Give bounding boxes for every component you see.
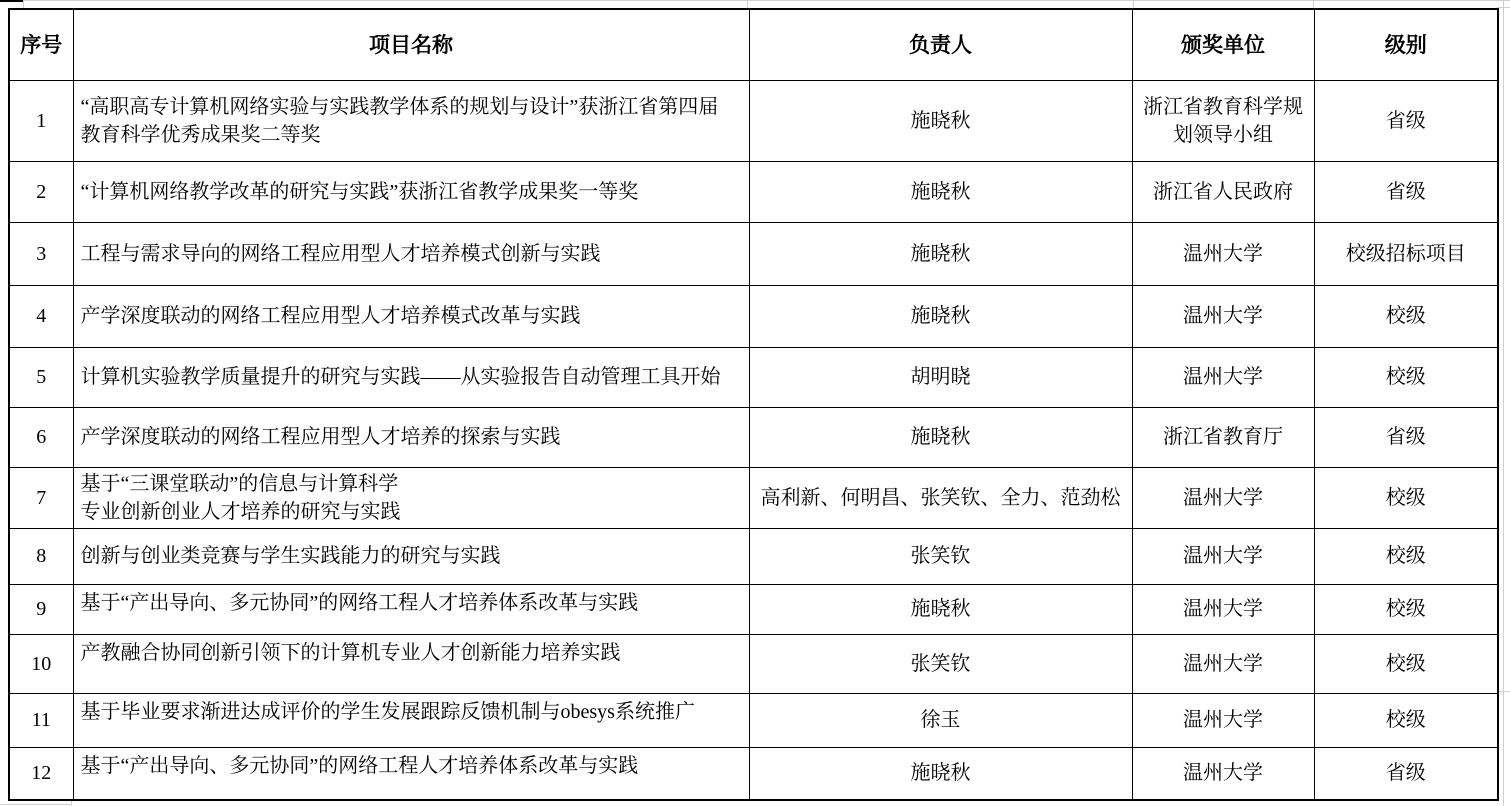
cell-leader: 张笑钦	[749, 528, 1132, 584]
cell-project: 产学深度联动的网络工程应用型人才培养模式改革与实践	[73, 285, 749, 347]
cell-awarder: 温州大学	[1132, 634, 1314, 693]
cell-awarder: 浙江省教育科学规 划领导小组	[1132, 80, 1314, 161]
cell-no: 2	[9, 161, 73, 222]
cell-leader: 施晓秋	[749, 584, 1132, 634]
cell-no: 8	[9, 528, 73, 584]
cell-level: 校级招标项目	[1314, 222, 1498, 285]
table-row: 3 工程与需求导向的网络工程应用型人才培养模式创新与实践 施晓秋 温州大学 校级…	[9, 222, 1498, 285]
col-header-project: 项目名称	[73, 9, 749, 80]
gridline-tick-top-4	[1313, 0, 1314, 8]
table-row: 12 基于“产出导向、多元协同”的网络工程人才培养体系改革与实践 施晓秋 温州大…	[9, 747, 1498, 800]
cell-no: 11	[9, 693, 73, 747]
table-row: 5 计算机实验教学质量提升的研究与实践——从实验报告自动管理工具开始 胡明晓 温…	[9, 347, 1498, 407]
cell-awarder: 温州大学	[1132, 285, 1314, 347]
cell-level: 校级	[1314, 584, 1498, 634]
cell-awarder: 温州大学	[1132, 222, 1314, 285]
cell-project: 基于毕业要求渐进达成评价的学生发展跟踪反馈机制与obesys系统推广	[73, 693, 749, 747]
table-row: 6 产学深度联动的网络工程应用型人才培养的探索与实践 施晓秋 浙江省教育厅 省级	[9, 407, 1498, 467]
cell-leader: 高利新、何明昌、张笑钦、全力、范劲松	[749, 467, 1132, 528]
cell-no: 3	[9, 222, 73, 285]
cell-level: 校级	[1314, 467, 1498, 528]
cell-level: 省级	[1314, 161, 1498, 222]
header-row: 序号 项目名称 负责人 颁奖单位 级别	[9, 9, 1498, 80]
cell-project: 产学深度联动的网络工程应用型人才培养的探索与实践	[73, 407, 749, 467]
cell-project: 计算机实验教学质量提升的研究与实践——从实验报告自动管理工具开始	[73, 347, 749, 407]
cell-project: “高职高专计算机网络实验与实践教学体系的规划与设计”获浙江省第四届 教育科学优秀…	[73, 80, 749, 161]
table-row: 7 基于“三课堂联动”的信息与计算科学 专业创新创业人才培养的研究与实践 高利新…	[9, 467, 1498, 528]
cell-leader: 施晓秋	[749, 161, 1132, 222]
table-row: 9 基于“产出导向、多元协同”的网络工程人才培养体系改革与实践 施晓秋 温州大学…	[9, 584, 1498, 634]
cell-no: 4	[9, 285, 73, 347]
cell-project: 创新与创业类竞赛与学生实践能力的研究与实践	[73, 528, 749, 584]
cell-level: 校级	[1314, 347, 1498, 407]
cell-no: 7	[9, 467, 73, 528]
col-header-leader: 负责人	[749, 9, 1132, 80]
table-row: 8 创新与创业类竞赛与学生实践能力的研究与实践 张笑钦 温州大学 校级	[9, 528, 1498, 584]
gridline-tick-top-1	[23, 0, 24, 8]
gridline-top-horizontal	[23, 0, 1510, 1]
cell-awarder: 温州大学	[1132, 467, 1314, 528]
cell-project: “计算机网络教学改革的研究与实践”获浙江省教学成果奖一等奖	[73, 161, 749, 222]
cell-awarder: 浙江省教育厅	[1132, 407, 1314, 467]
award-projects-table: 序号 项目名称 负责人 颁奖单位 级别 1 “高职高专计算机网络实验与实践教学体…	[8, 8, 1499, 801]
col-header-level: 级别	[1314, 9, 1498, 80]
cell-project: 基于“三课堂联动”的信息与计算科学 专业创新创业人才培养的研究与实践	[73, 467, 749, 528]
cell-leader: 施晓秋	[749, 747, 1132, 800]
cell-awarder: 温州大学	[1132, 693, 1314, 747]
col-header-awarder: 颁奖单位	[1132, 9, 1314, 80]
gridline-stub-top-left	[0, 0, 23, 2]
cell-awarder: 温州大学	[1132, 347, 1314, 407]
gridline-stub-bottom-left	[0, 804, 72, 805]
cell-level: 校级	[1314, 528, 1498, 584]
table-row: 1 “高职高专计算机网络实验与实践教学体系的规划与设计”获浙江省第四届 教育科学…	[9, 80, 1498, 161]
cell-leader: 施晓秋	[749, 222, 1132, 285]
cell-leader: 施晓秋	[749, 407, 1132, 467]
cell-level: 省级	[1314, 747, 1498, 800]
table-row: 2 “计算机网络教学改革的研究与实践”获浙江省教学成果奖一等奖 施晓秋 浙江省人…	[9, 161, 1498, 222]
gridline-tick-top-2	[747, 0, 748, 8]
cell-no: 9	[9, 584, 73, 634]
gridline-right-vertical	[1503, 0, 1504, 806]
table-row: 11 基于毕业要求渐进达成评价的学生发展跟踪反馈机制与obesys系统推广 徐玉…	[9, 693, 1498, 747]
cell-level: 省级	[1314, 80, 1498, 161]
cell-project: 基于“产出导向、多元协同”的网络工程人才培养体系改革与实践	[73, 584, 749, 634]
cell-leader: 施晓秋	[749, 80, 1132, 161]
cell-no: 10	[9, 634, 73, 693]
cell-no: 6	[9, 407, 73, 467]
cell-level: 省级	[1314, 407, 1498, 467]
cell-awarder: 温州大学	[1132, 584, 1314, 634]
gridline-tick-top-3	[1133, 0, 1134, 8]
cell-leader: 施晓秋	[749, 285, 1132, 347]
cell-awarder: 温州大学	[1132, 747, 1314, 800]
cell-awarder: 浙江省人民政府	[1132, 161, 1314, 222]
cell-level: 校级	[1314, 693, 1498, 747]
cell-no: 12	[9, 747, 73, 800]
cell-no: 1	[9, 80, 73, 161]
cell-leader: 徐玉	[749, 693, 1132, 747]
cell-level: 校级	[1314, 285, 1498, 347]
col-header-no: 序号	[9, 9, 73, 80]
cell-project: 工程与需求导向的网络工程应用型人才培养模式创新与实践	[73, 222, 749, 285]
cell-leader: 胡明晓	[749, 347, 1132, 407]
cell-level: 校级	[1314, 634, 1498, 693]
cell-leader: 张笑钦	[749, 634, 1132, 693]
cell-project: 基于“产出导向、多元协同”的网络工程人才培养体系改革与实践	[73, 747, 749, 800]
cell-no: 5	[9, 347, 73, 407]
table-row: 10 产教融合协同创新引领下的计算机专业人才创新能力培养实践 张笑钦 温州大学 …	[9, 634, 1498, 693]
table-row: 4 产学深度联动的网络工程应用型人才培养模式改革与实践 施晓秋 温州大学 校级	[9, 285, 1498, 347]
cell-awarder: 温州大学	[1132, 528, 1314, 584]
cell-project: 产教融合协同创新引领下的计算机专业人才创新能力培养实践	[73, 634, 749, 693]
